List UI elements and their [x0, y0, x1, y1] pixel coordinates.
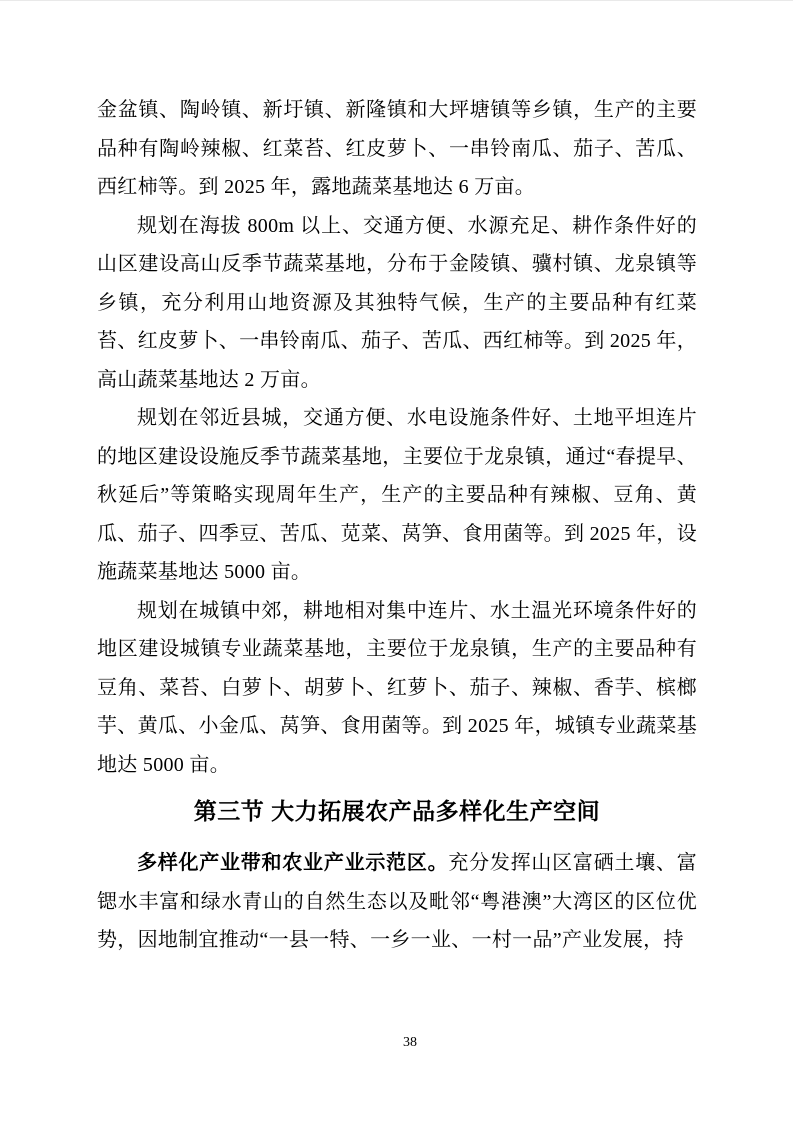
- paragraph-diversified-industry: 多样化产业带和农业产业示范区。充分发挥山区富硒土壤、富锶水丰富和绿水青山的自然生…: [97, 844, 697, 960]
- page-content: 金盆镇、陶岭镇、新圩镇、新隆镇和大坪塘镇等乡镇，生产的主要品种有陶岭辣椒、红菜苔…: [97, 91, 697, 960]
- paragraph-highland-vegetable-base: 规划在海拔 800m 以上、交通方便、水源充足、耕作条件好的山区建设高山反季节蔬…: [97, 207, 697, 400]
- paragraph-open-field-vegetable-base: 金盆镇、陶岭镇、新圩镇、新隆镇和大坪塘镇等乡镇，生产的主要品种有陶岭辣椒、红菜苔…: [97, 91, 697, 207]
- paragraph-town-vegetable-base: 规划在城镇中郊，耕地相对集中连片、水土温光环境条件好的地区建设城镇专业蔬菜基地，…: [97, 592, 697, 785]
- page-number: 38: [110, 1034, 710, 1052]
- paragraph-facility-vegetable-base: 规划在邻近县城，交通方便、水电设施条件好、土地平坦连片的地区建设设施反季节蔬菜基…: [97, 399, 697, 592]
- document-page: { "page": { "background_color": "#ffffff…: [0, 0, 793, 1123]
- section-heading: 第三节 大力拓展农产品多样化生产空间: [97, 792, 697, 830]
- paragraph-bold-lead: 多样化产业带和农业产业示范区。: [137, 852, 448, 874]
